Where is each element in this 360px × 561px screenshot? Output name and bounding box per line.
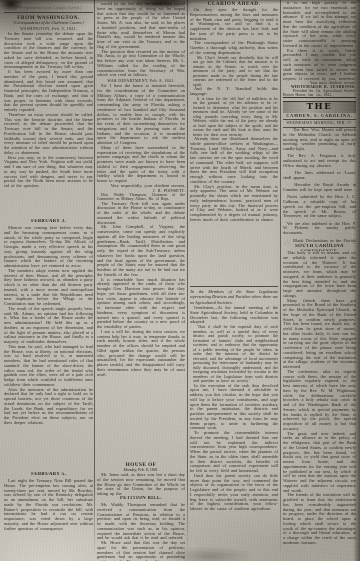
paragraph: Many of them have surrendered in the exp…: [97, 146, 185, 184]
paragraph: On they open the thought for the Represe…: [190, 8, 278, 41]
masthead-date: WEDNESDAY MORNING, FEB. 17, 1841.: [283, 120, 356, 128]
circular-conclusion: it is not high poverty to the assistance…: [283, 1, 356, 81]
column-2: would be the last day on which they woul…: [97, 0, 185, 561]
paragraph: ☞ The Rev. Wm. Martin will preach in the…: [283, 128, 356, 152]
paragraph: Mr. Howe said that this was the day set …: [97, 541, 185, 561]
local-notices: ☞ The Rev. Wm. Martin will preach in the…: [283, 128, 356, 244]
february-3-body: Monroe was coming here before every day,…: [4, 226, 93, 472]
washington-letter-body: In the Senate yesterday the debate upon …: [4, 32, 93, 219]
paragraph: The question then recurred on the motion…: [97, 50, 185, 79]
column-divider-1: [94, 0, 95, 556]
paragraph: ☞ Hereafter the Royal Arcade in Camden w…: [283, 183, 356, 193]
paragraph: 'That it shall be the especial duty of e…: [190, 325, 278, 384]
paragraph: It is remarkable how much disunion has a…: [97, 278, 185, 330]
headline-clarion-ahead: CLARION AHEAD.: [190, 1, 278, 8]
masthead-place: CAMDEN, S. CAROLINA.: [283, 113, 356, 120]
subhead-february-5: FEBRUARY 5.: [4, 472, 93, 479]
war-department-letter: Sir: I have the honor to transmit herewi…: [97, 84, 185, 462]
paragraph: The Treasury Note bill was again under d…: [97, 202, 185, 226]
paragraph: Gentlemen—At the annual meeting of the S…: [190, 306, 278, 325]
house-monday-body: Mr. Jones said, as there was but a short…: [97, 473, 185, 496]
paragraph: The friends of the institution will be g…: [283, 493, 356, 545]
petition-bill-body: Mr. Waddy Thompson remarked that he rece…: [97, 503, 185, 561]
paragraph: Last night the Treasury Note Bill passed…: [4, 479, 93, 531]
clarion-ahead-body: On they open the thought for the Represe…: [190, 8, 278, 286]
sc-conference-body: This body is still in session, and we ar…: [283, 251, 356, 561]
february-5-body: Last night the Treasury Note Bill passed…: [4, 479, 93, 543]
column-divider-3: [280, 0, 281, 556]
paragraph: Mr. Jones said, as there was but a short…: [97, 473, 185, 496]
paragraph: Mr. Clay's friends say decidedly that he…: [190, 56, 278, 88]
paragraph: Sir: I have the honor to transmit herewi…: [97, 84, 185, 146]
paragraph: Notes submitted by the Hon. J. C. Calhou…: [283, 195, 356, 219]
carryover-credit-line: (Correspondence of the Camden Journal.): [4, 6, 93, 12]
circular-address: To the Members of the State Legislature …: [190, 289, 278, 306]
paragraph: Until then the parent society can do lit…: [190, 474, 278, 512]
subhead-sc-conference: SOUTH CAROLINA CONFERENCE.: [283, 244, 356, 251]
paragraph: We are also indebted to the Hon. F. W. P…: [283, 222, 356, 236]
column-4: it is not high poverty to the assistance…: [283, 0, 356, 561]
paragraph: The result of the speech might properly …: [4, 307, 93, 345]
circular-body: Gentlemen—At the annual meeting of the S…: [190, 306, 278, 561]
paragraph: Many friends these have got presented to…: [283, 299, 356, 370]
paragraph: I am a will be, during the extra session…: [97, 330, 185, 378]
column-3: CLARION AHEAD.On they open the thought f…: [190, 0, 278, 561]
paragraph: In the execution of the task thus devolv…: [190, 384, 278, 432]
paragraph: Monroe was coming here before every day,…: [4, 226, 93, 269]
paragraph: Already there are distributed themselves…: [190, 137, 278, 185]
paragraph: Mr. Clay's position, in the mean time, i…: [190, 185, 278, 223]
paragraph: Mr. John Campbell, of Virginia, the cons…: [97, 225, 185, 277]
paragraph: ☞ The lines addressed to 'Laura' shall a…: [283, 171, 356, 181]
paragraph: The conference, after its regular course…: [283, 370, 356, 432]
paragraph: it is not high poverty to the assistance…: [283, 1, 356, 49]
paragraph: would be the last day on which they woul…: [97, 2, 185, 50]
paragraph: In the Senate yesterday the debate upon …: [4, 32, 93, 70]
paragraph: For there it is worth, firmly persuaded,…: [283, 49, 356, 82]
column-1: (Correspondence of the Camden Journal.)F…: [4, 0, 93, 561]
paragraph: The great and now indeed, and seeks an a…: [283, 432, 356, 494]
paragraph: It has been avowed by more than one memb…: [4, 70, 93, 113]
paragraph: The members adopt means now applied the …: [4, 269, 93, 307]
paragraph: It is time for the 'old line' of nullifi…: [190, 97, 278, 138]
paragraph: The correspondent of the Pittsburgh Stat…: [190, 41, 278, 55]
subhead-petition-bill: PETITION BILL.: [97, 496, 185, 503]
subhead-february-3: FEBRUARY 3.: [4, 219, 93, 226]
paragraph: Therefore an extra session should be cal…: [4, 113, 93, 156]
paragraph: Rest you may, as to the controversy betw…: [4, 156, 93, 189]
paragraph: The Rev. A. Ferguson is duly authorized …: [283, 154, 356, 168]
circular-signature: Your most obedient servant,WHITEMARSH B.…: [283, 81, 356, 97]
house-debate-carryover: would be the last day on which they woul…: [97, 2, 185, 78]
paragraph: This man, he said, who had managed to le…: [4, 345, 93, 388]
paragraph: This body is still in session, and we ar…: [283, 251, 356, 299]
masthead-title: THE JOURNAL.: [283, 102, 356, 113]
paragraph: After the measures of the administration…: [4, 388, 93, 426]
paragraph: Mr. Waddy Thompson remarked that he rece…: [97, 503, 185, 541]
paragraph: To promote the commendable interest ther…: [190, 431, 278, 474]
newspaper-page-scan: (Correspondence of the Camden Journal.)F…: [0, 0, 360, 561]
column-divider-2: [187, 0, 188, 556]
